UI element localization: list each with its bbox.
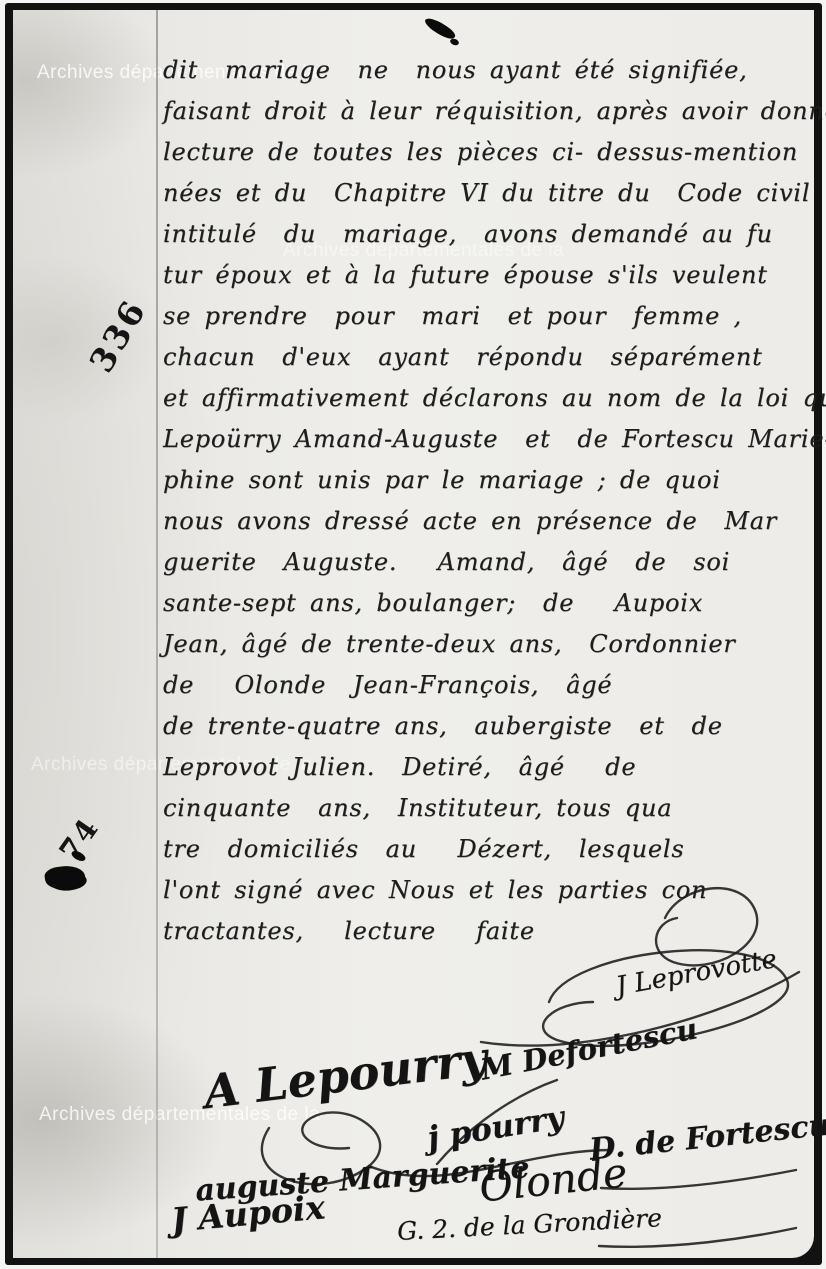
manuscript-line: nées et du Chapitre VI du titre du Code …	[163, 173, 823, 214]
scanned-document: Archives départementales de la Archives …	[0, 0, 826, 1269]
margin-rule-line	[156, 10, 158, 1258]
signature-pourry: j pourry	[425, 1099, 567, 1156]
manuscript-text: dit mariage ne nous ayant été signifiée,…	[163, 50, 823, 952]
signature-lepourry: A Lepourry	[201, 1031, 490, 1119]
manuscript-line: se prendre pour mari et pour femme ,	[163, 296, 823, 337]
manuscript-line: et affirmativement déclarons au nom de l…	[163, 378, 823, 419]
manuscript-line: Jean, âgé de trente-deux ans, Cordonnier	[163, 624, 823, 665]
manuscript-line: Lepoürry Amand-Auguste et de Fortescu Ma…	[163, 419, 823, 460]
manuscript-line: sante-sept ans, boulanger; de Aupoix	[163, 583, 823, 624]
manuscript-line: chacun d'eux ayant répondu séparément	[163, 337, 823, 378]
margin-number-336: 336	[82, 292, 155, 379]
ink-blot	[449, 38, 460, 47]
signature-grondiere: G. 2. de la Grondière	[396, 1203, 662, 1246]
manuscript-line: de Olonde Jean-François, âgé	[163, 665, 823, 706]
manuscript-line: guerite Auguste. Amand, âgé de soi	[163, 542, 823, 583]
manuscript-line: nous avons dressé acte en présence de Ma…	[163, 501, 823, 542]
manuscript-line: phine sont unis par le mariage ; de quoi	[163, 460, 823, 501]
signature-leprovotte: J Leprovotte	[614, 944, 779, 1002]
manuscript-line: lecture de toutes les pièces ci- dessus-…	[163, 132, 823, 173]
manuscript-line: tur époux et à la future épouse s'ils ve…	[163, 255, 823, 296]
signature-defortescu-m: M Defortescu	[478, 1011, 700, 1086]
manuscript-line: dit mariage ne nous ayant été signifiée,	[163, 50, 823, 91]
manuscript-line: tre domiciliés au Dézert, lesquels	[163, 829, 823, 870]
manuscript-line: de trente-quatre ans, aubergiste et de	[163, 706, 823, 747]
defortescu-underline	[601, 1170, 796, 1189]
manuscript-line: l'ont signé avec Nous et les parties con	[163, 870, 823, 911]
manuscript-line: Leprovot Julien. Detiré, âgé de	[163, 747, 823, 788]
manuscript-line: tractantes, lecture faite	[163, 911, 823, 952]
manuscript-line: cinquante ans, Instituteur, tous qua	[163, 788, 823, 829]
document-page: Archives départementales de la Archives …	[13, 10, 814, 1258]
signature-aupoix: J Aupoix	[170, 1187, 327, 1239]
manuscript-line: faisant droit à leur réquisition, après …	[163, 91, 823, 132]
manuscript-line: intitulé du mariage, avons demandé au fu	[163, 214, 823, 255]
